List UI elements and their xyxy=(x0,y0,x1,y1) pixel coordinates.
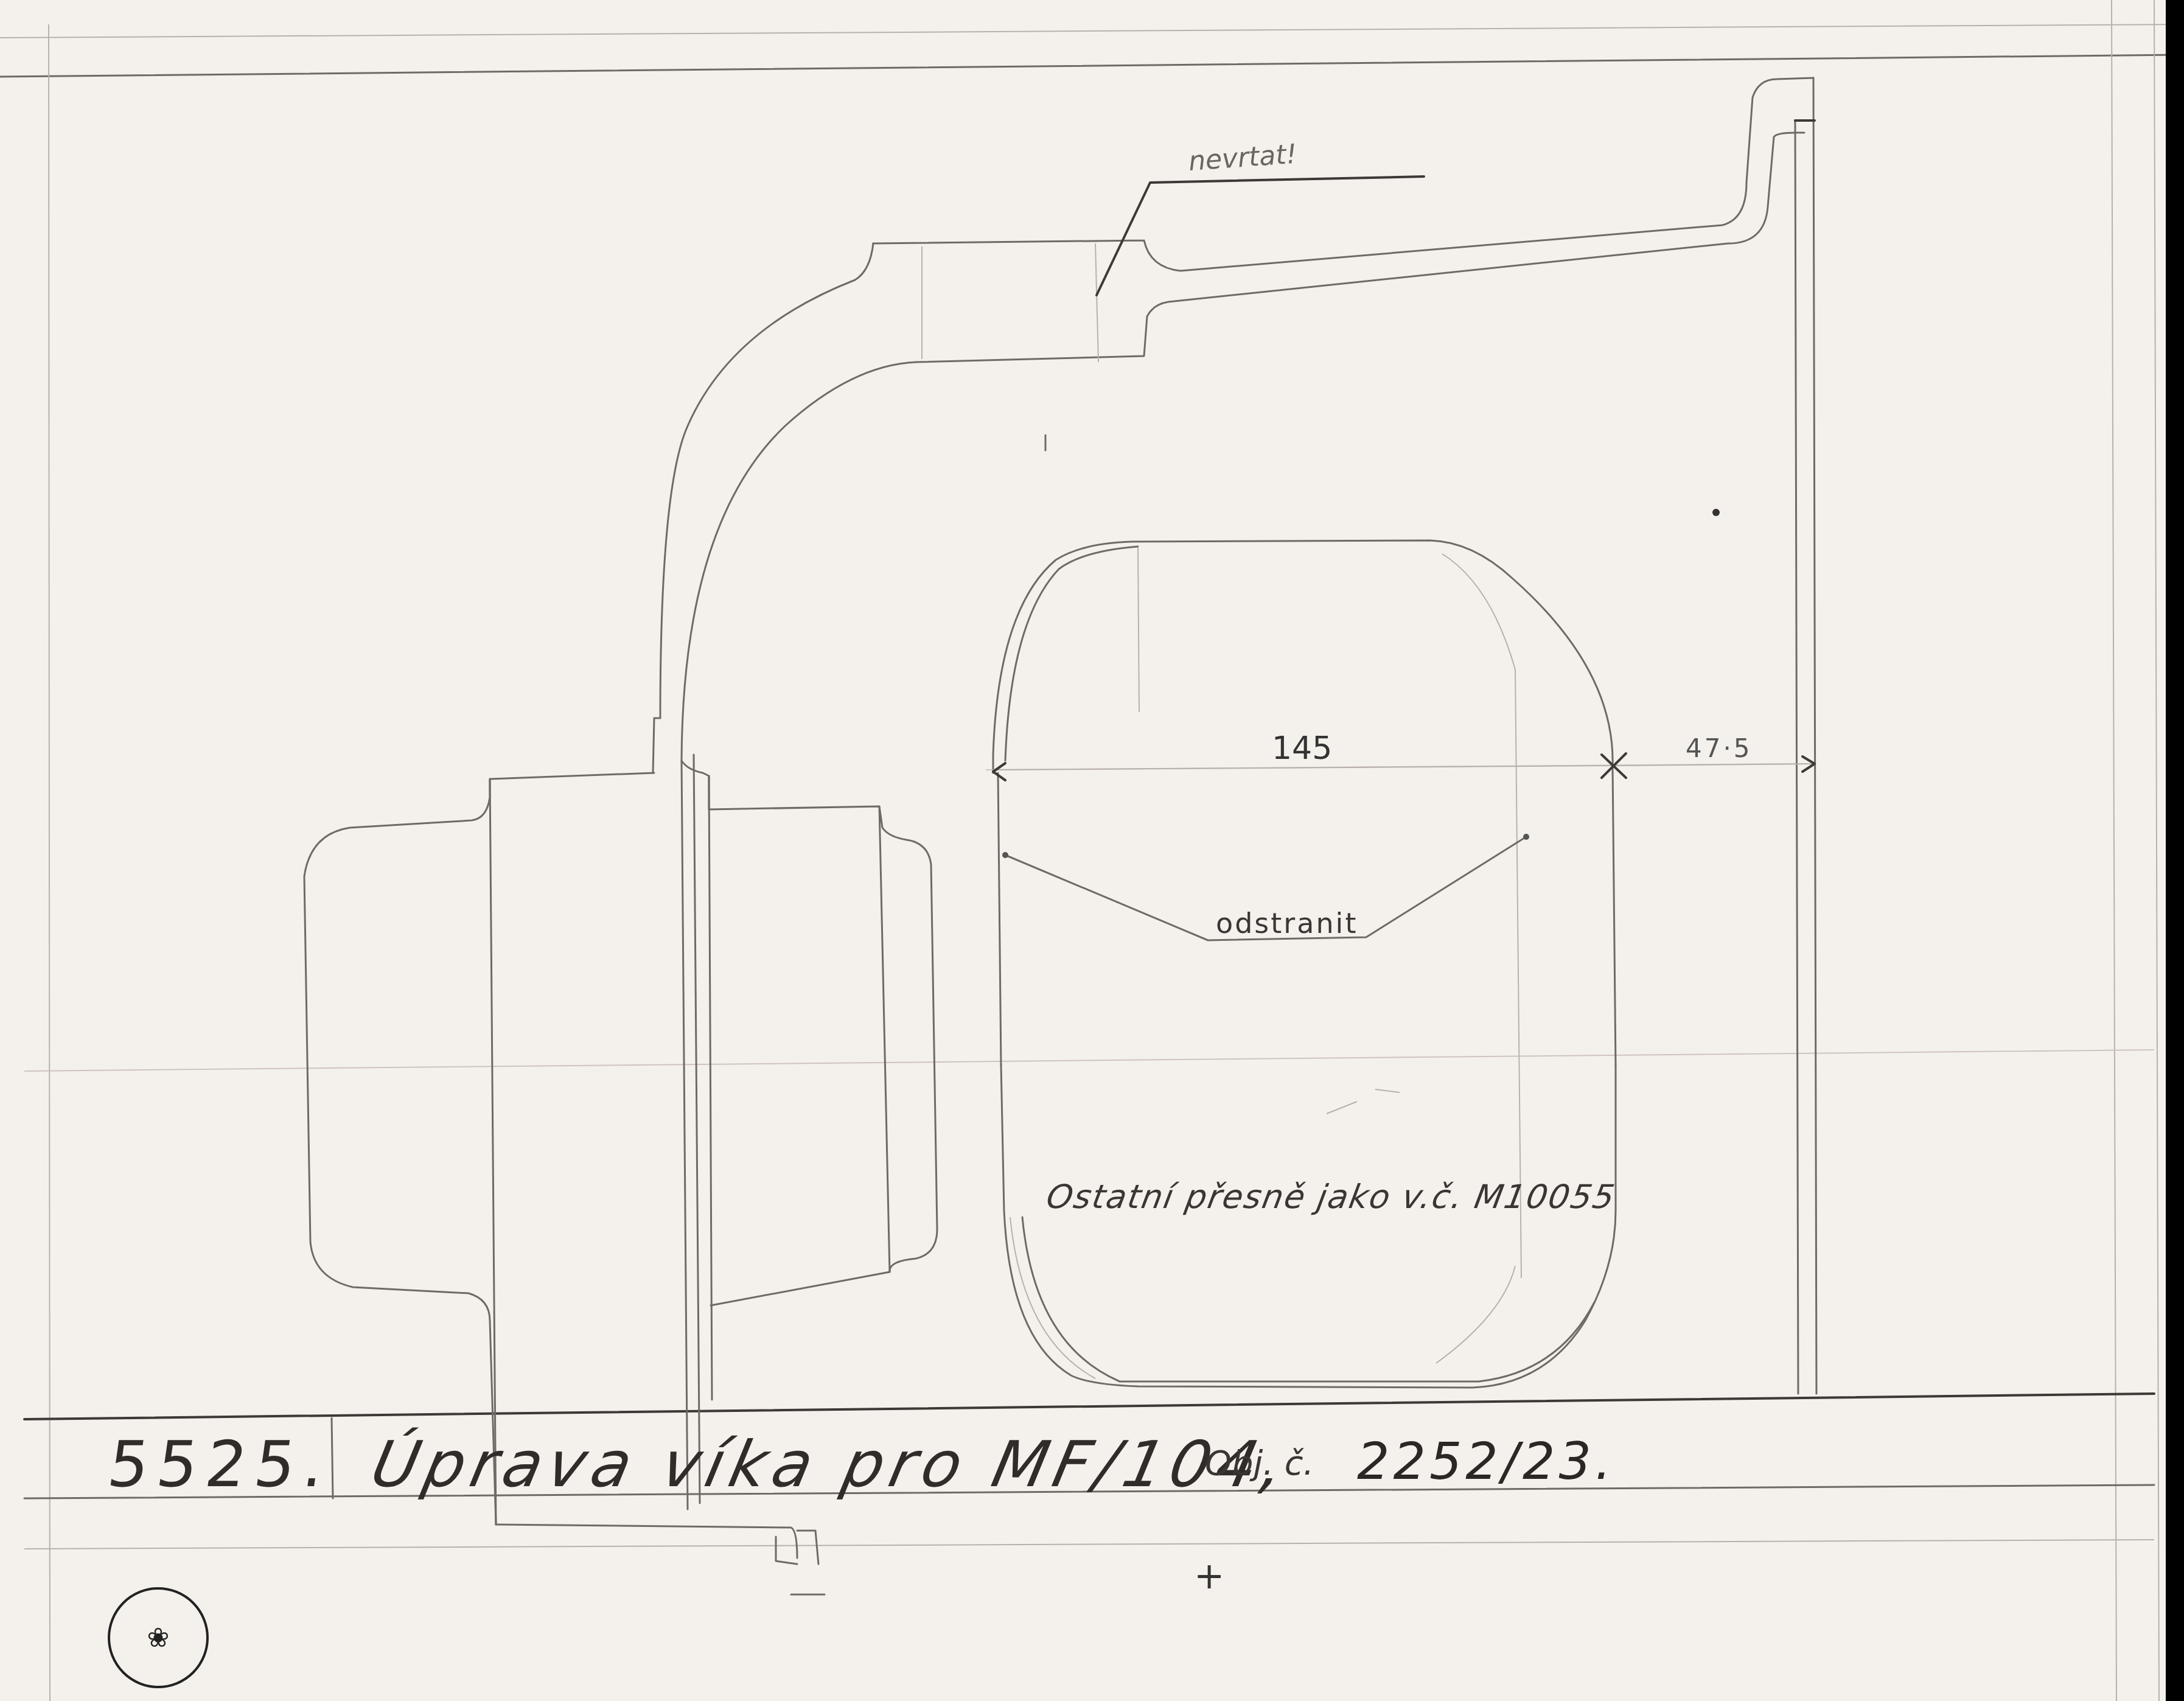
rounded-opening xyxy=(993,540,1616,1388)
drawing-title: Úprava víka pro MF/104, xyxy=(365,1427,1297,1501)
cover-profile xyxy=(653,78,1816,1509)
order-label: Obj. č. xyxy=(1205,1444,1314,1483)
drawing-sheet: nevrtat! 145 47·5 odstranit Ostatní přes… xyxy=(0,0,2184,1701)
construction-lines xyxy=(24,764,2154,1071)
annotation-otherwise-same: Ostatní přesně jako v.č. M10055 xyxy=(1044,1178,1619,1216)
order-number: 2252/23. xyxy=(1357,1431,1615,1491)
scan-edge xyxy=(2166,0,2184,1701)
no-drill-leader xyxy=(1097,176,1424,295)
misc-marks xyxy=(1045,435,1720,1114)
annotation-remove: odstranit xyxy=(1216,907,1358,940)
center-cross-mark: + xyxy=(1194,1555,1224,1598)
stamp-glyph: ❀ xyxy=(147,1622,170,1654)
drawing-number: 5525. xyxy=(103,1427,338,1501)
dimension-145: 145 xyxy=(1272,730,1332,767)
circular-stamp-icon: ❀ xyxy=(108,1587,209,1688)
dimension-47-5: 47·5 xyxy=(1686,733,1753,763)
